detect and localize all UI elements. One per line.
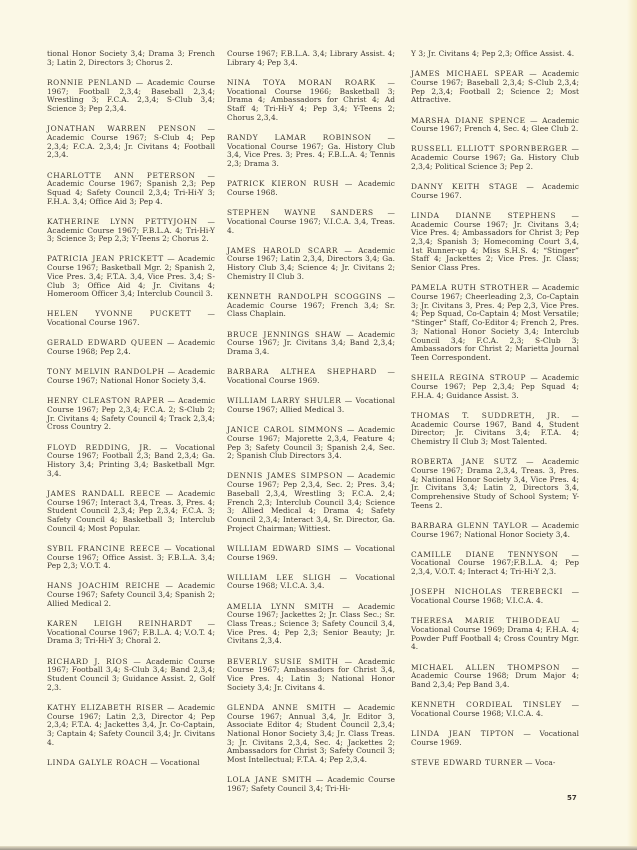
senior-entry: FLOYD REDDING, JR. — Vocational Course 1… — [47, 444, 215, 479]
senior-name: KENNETH CORDIEAL TINSLEY — [411, 700, 562, 709]
senior-entry: PAMELA RUTH STROTHER — Academic Course 1… — [411, 284, 579, 362]
senior-activities: — Academic Course 1967; Drama 2,3,4, Tre… — [411, 457, 579, 510]
senior-name: ROBERTA JANE SUTZ — [411, 457, 518, 466]
senior-entry: CHARLOTTE ANN PETERSON — Academic Course… — [47, 172, 215, 207]
senior-entry: JAMES HAROLD SCARR — Academic Course 196… — [227, 247, 395, 282]
senior-entry: KENNETH RANDOLPH SCOGGINS — Academic Cou… — [227, 293, 395, 319]
senior-entry: KATHERINE LYNN PETTYJOHN — Academic Cour… — [47, 218, 215, 244]
senior-name: KENNETH RANDOLPH SCOGGINS — [227, 292, 382, 301]
senior-entry: STEVE EDWARD TURNER — Voca- — [411, 759, 579, 768]
senior-name: RANDY LAMAR ROBINSON — [227, 133, 372, 142]
column-2: Course 1967; F.B.L.A. 3,4; Library Assis… — [227, 50, 395, 805]
column-1: tional Honor Society 3,4; Drama 3; Frenc… — [47, 50, 215, 779]
senior-entry: THERESA MARIE THIBODEAU — Vocational Cou… — [411, 617, 579, 652]
senior-name: KATHY ELIZABETH RISER — [47, 703, 163, 712]
senior-name: STEPHEN WAYNE SANDERS — [227, 208, 374, 217]
senior-name: THERESA MARIE THIBODEAU — [411, 616, 561, 625]
senior-entry-continued: Y 3; Jr. Civitans 4; Pep 2,3; Office Ass… — [411, 50, 579, 59]
senior-activities: — Voca- — [523, 758, 556, 767]
senior-entry: KATHY ELIZABETH RISER — Academic Course … — [47, 704, 215, 748]
senior-name: STEVE EDWARD TURNER — [411, 758, 523, 767]
senior-name: BEVERLY SUSIE SMITH — [227, 657, 339, 666]
senior-name: FLOYD REDDING, JR. — [47, 443, 152, 452]
senior-name: WILLIAM LEE SLIGH — [227, 573, 331, 582]
senior-entry: BARBARA ALTHEA SHEPHARD — Vocational Cou… — [227, 368, 395, 385]
senior-entry-continued: tional Honor Society 3,4; Drama 3; Frenc… — [47, 50, 215, 67]
senior-activities: — Academic Course 1967; Cheerleading 2,3… — [411, 283, 579, 362]
senior-name: MICHAEL ALLEN THOMPSON — [411, 663, 560, 672]
senior-entry: WILLIAM LARRY SHULER — Vocational Course… — [227, 397, 395, 414]
senior-name: RONNIE PENLAND — [47, 78, 132, 87]
senior-entry: DENNIS JAMES SIMPSON — Academic Course 1… — [227, 472, 395, 533]
senior-entry: JONATHAN WARREN PENSON — Academic Course… — [47, 125, 215, 160]
senior-name: LINDA GALYLE ROACH — [47, 758, 148, 767]
senior-name: PAMELA RUTH STROTHER — [411, 283, 529, 292]
senior-entry: JAMES RANDALL REECE — Academic Course 19… — [47, 490, 215, 534]
senior-entry: KAREN LEIGH REINHARDT — Vocational Cours… — [47, 620, 215, 646]
senior-entry: TONY MELVIN RANDOLPH — Academic Course 1… — [47, 368, 215, 385]
senior-entry: LINDA GALYLE ROACH — Vocational — [47, 759, 215, 768]
senior-name: KAREN LEIGH REINHARDT — [47, 619, 192, 628]
senior-entry: AMELIA LYNN SMITH — Academic Course 1967… — [227, 603, 395, 647]
senior-name: JAMES RANDALL REECE — [47, 489, 161, 498]
senior-entry: JAMES MICHAEL SPEAR — Academic Course 19… — [411, 70, 579, 105]
senior-entry: LINDA DIANNE STEPHENS — Academic Course … — [411, 212, 579, 273]
senior-name: JOSEPH NICHOLAS TEREBECKI — [411, 587, 563, 596]
senior-entry: THOMAS T. SUDDRETH, JR. — Academic Cours… — [411, 412, 579, 447]
page-number: 57 — [567, 794, 577, 802]
senior-name: SYBIL FRANCINE REECE — [47, 544, 160, 553]
senior-entry: LINDA JEAN TIPTON — Vocational Course 19… — [411, 730, 579, 747]
senior-entry: HANS JOACHIM REICHE — Academic Course 19… — [47, 582, 215, 608]
senior-name: LOLA JANE SMITH — [227, 775, 312, 784]
senior-name: LINDA DIANNE STEPHENS — [411, 211, 556, 220]
senior-entry-continued: Course 1967; F.B.L.A. 3,4; Library Assis… — [227, 50, 395, 67]
senior-name: JAMES MICHAEL SPEAR — [411, 69, 524, 78]
senior-name: WILLIAM EDWARD SIMS — [227, 544, 339, 553]
senior-entry: RONNIE PENLAND — Academic Course 1967; F… — [47, 79, 215, 114]
senior-name: AMELIA LYNN SMITH — [227, 602, 334, 611]
page-edge-shading — [627, 0, 637, 850]
column-3: Y 3; Jr. Civitans 4; Pep 2,3; Office Ass… — [411, 50, 579, 779]
senior-entry: PATRICIA JEAN PRICKETT — Academic Course… — [47, 255, 215, 299]
senior-entry: CAMILLE DIANE TENNYSON — Vocational Cour… — [411, 551, 579, 577]
senior-entry: MICHAEL ALLEN THOMPSON — Academic Course… — [411, 664, 579, 690]
senior-activities: tional Honor Society 3,4; Drama 3; Frenc… — [47, 49, 215, 67]
senior-name: THOMAS T. SUDDRETH, JR. — [411, 411, 560, 420]
senior-name: KATHERINE LYNN PETTYJOHN — [47, 217, 198, 226]
senior-entry: WILLIAM LEE SLIGH — Vocational Course 19… — [227, 574, 395, 591]
senior-name: PATRICIA JEAN PRICKETT — [47, 254, 164, 263]
senior-entry: GLENDA ANNE SMITH — Academic Course 1967… — [227, 704, 395, 765]
senior-entry: BRUCE JENNINGS SHAW — Academic Course 19… — [227, 331, 395, 357]
senior-entry: HENRY CLEASTON RAPER — Academic Course 1… — [47, 397, 215, 432]
senior-entry: STEPHEN WAYNE SANDERS — Vocational Cours… — [227, 209, 395, 235]
senior-entry: SYBIL FRANCINE REECE — Vocational Course… — [47, 545, 215, 571]
senior-name: HENRY CLEASTON RAPER — [47, 396, 164, 405]
senior-entry: ROBERTA JANE SUTZ — Academic Course 1967… — [411, 458, 579, 510]
senior-name: GLENDA ANNE SMITH — [227, 703, 336, 712]
senior-name: BARBARA GLENN TAYLOR — [411, 521, 528, 530]
senior-entry: DANNY KEITH STAGE — Academic Course 1967… — [411, 183, 579, 200]
senior-name: JONATHAN WARREN PENSON — [47, 124, 196, 133]
senior-entry: MARSHA DIANE SPENCE — Academic Course 19… — [411, 117, 579, 134]
senior-name: HELEN YVONNE PUCKETT — [47, 309, 192, 318]
senior-entry: JOSEPH NICHOLAS TEREBECKI — Vocational C… — [411, 588, 579, 605]
senior-entry: BARBARA GLENN TAYLOR — Academic Course 1… — [411, 522, 579, 539]
senior-name: GERALD EDWARD QUEEN — [47, 338, 163, 347]
senior-activities: — Vocational — [148, 758, 200, 767]
senior-activities: Y 3; Jr. Civitans 4; Pep 2,3; Office Ass… — [411, 49, 574, 58]
senior-entry: BEVERLY SUSIE SMITH — Academic Course 19… — [227, 658, 395, 693]
senior-name: BRUCE JENNINGS SHAW — [227, 330, 342, 339]
senior-activities: — Academic Course 1967; Annual 3,4, Jr. … — [227, 703, 395, 764]
senior-name: RUSSELL ELLIOTT SPORNBERGER — [411, 144, 568, 153]
senior-name: TONY MELVIN RANDOLPH — [47, 367, 165, 376]
senior-entry: PATRICK KIERON RUSH — Academic Course 19… — [227, 180, 395, 197]
senior-name: DENNIS JAMES SIMPSON — [227, 471, 343, 480]
senior-name: LINDA JEAN TIPTON — [411, 729, 515, 738]
senior-name: HANS JOACHIM REICHE — [47, 581, 160, 590]
senior-name: MARSHA DIANE SPENCE — [411, 116, 526, 125]
senior-name: WILLIAM LARRY SHULER — [227, 396, 341, 405]
senior-activities: Course 1967; F.B.L.A. 3,4; Library Assis… — [227, 49, 395, 67]
senior-name: RICHARD J. RIOS — [47, 657, 128, 666]
senior-name: NINA TOYA MORAN ROARK — [227, 78, 376, 87]
senior-name: SHEILA REGINA STROUP — [411, 373, 526, 382]
senior-name: CHARLOTTE ANN PETERSON — [47, 171, 196, 180]
senior-entry: RUSSELL ELLIOTT SPORNBERGER — Academic C… — [411, 145, 579, 171]
senior-activities: — Academic Course 1967; Pep 2,3,4, Sec. … — [227, 471, 395, 532]
senior-entry: WILLIAM EDWARD SIMS — Vocational Course … — [227, 545, 395, 562]
senior-name: PATRICK KIERON RUSH — [227, 179, 339, 188]
senior-entry: LOLA JANE SMITH — Academic Course 1967; … — [227, 776, 395, 793]
senior-activities: — Academic Course 1967; Jr. Civitans 3,4… — [411, 211, 579, 272]
senior-name: JAMES HAROLD SCARR — [227, 246, 338, 255]
senior-name: JANICE CAROL SIMMONS — [227, 425, 343, 434]
senior-entry: KENNETH CORDIEAL TINSLEY — Vocational Co… — [411, 701, 579, 718]
senior-entry: NINA TOYA MORAN ROARK — Vocational Cours… — [227, 79, 395, 123]
senior-entry: RANDY LAMAR ROBINSON — Vocational Course… — [227, 134, 395, 169]
senior-entry: JANICE CAROL SIMMONS — Academic Course 1… — [227, 426, 395, 461]
senior-name: DANNY KEITH STAGE — [411, 182, 518, 191]
senior-entry: HELEN YVONNE PUCKETT — Vocational Course… — [47, 310, 215, 327]
page-bottom-edge — [0, 846, 637, 850]
senior-name: CAMILLE DIANE TENNYSON — [411, 550, 559, 559]
senior-entry: GERALD EDWARD QUEEN — Academic Course 19… — [47, 339, 215, 356]
senior-entry: RICHARD J. RIOS — Academic Course 1967; … — [47, 658, 215, 693]
senior-name: BARBARA ALTHEA SHEPHARD — [227, 367, 377, 376]
senior-entry: SHEILA REGINA STROUP — Academic Course 1… — [411, 374, 579, 400]
